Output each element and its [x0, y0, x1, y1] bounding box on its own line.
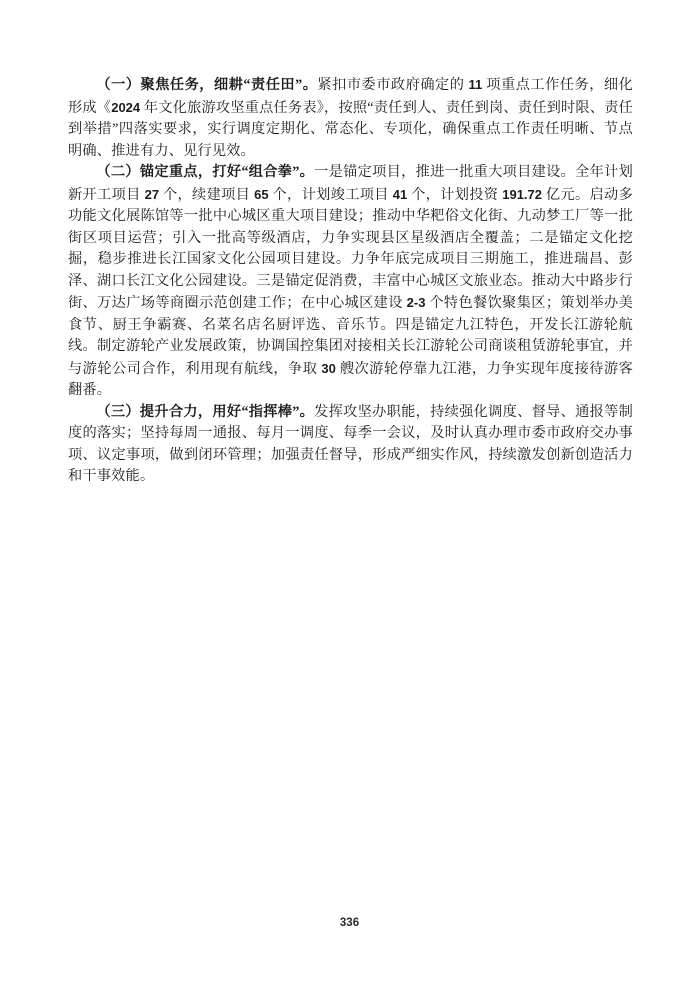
- number-text: 30: [321, 361, 335, 376]
- document-page: （一）聚焦任务，细耕“责任田”。紧扣市委市政府确定的 11 项重点工作任务，细化…: [0, 0, 699, 987]
- page-number: 336: [0, 917, 699, 929]
- number-text: 41: [393, 187, 407, 202]
- text-segment: 个，续建项目: [159, 187, 254, 203]
- number-text: 2-3: [407, 295, 426, 310]
- text-segment: 年文化旅游攻坚重点任务表》，按照“责任到人、责任到岗、责任到时限、责任到举措”四…: [68, 100, 633, 159]
- text-segment: 亿元。启动多功能文化展陈馆等一批中心城区重大项目建设；推动中华粑俗文化街、九动梦…: [68, 187, 633, 312]
- number-text: 65: [254, 187, 268, 202]
- text-segment: 紧扣市委市政府确定的: [317, 77, 468, 93]
- paragraph: （二）锚定重点，打好“组合拳”。一是锚定项目，推进一批重大项目建设。全年计划新开…: [68, 162, 633, 402]
- paragraph: （一）聚焦任务，细耕“责任田”。紧扣市委市政府确定的 11 项重点工作任务，细化…: [68, 74, 633, 162]
- text-segment: 个，计划投资: [407, 187, 502, 203]
- number-text: 11: [469, 77, 483, 92]
- paragraph-lead: （一）聚焦任务，细耕“责任田”。: [96, 77, 317, 93]
- paragraph-lead: （三）提升合力，用好“指挥棒”。: [96, 404, 314, 420]
- paragraph: （三）提升合力，用好“指挥棒”。发挥攻坚办职能，持续强化调度、督导、通报等制度的…: [68, 402, 633, 488]
- number-text: 191.72: [502, 187, 542, 202]
- number-text: 27: [145, 187, 159, 202]
- text-segment: 个，计划竣工项目: [269, 187, 393, 203]
- paragraph-lead: （二）锚定重点，打好“组合拳”。: [96, 164, 314, 180]
- document-content: （一）聚焦任务，细耕“责任田”。紧扣市委市政府确定的 11 项重点工作任务，细化…: [68, 74, 633, 488]
- number-text: 2024: [111, 100, 140, 115]
